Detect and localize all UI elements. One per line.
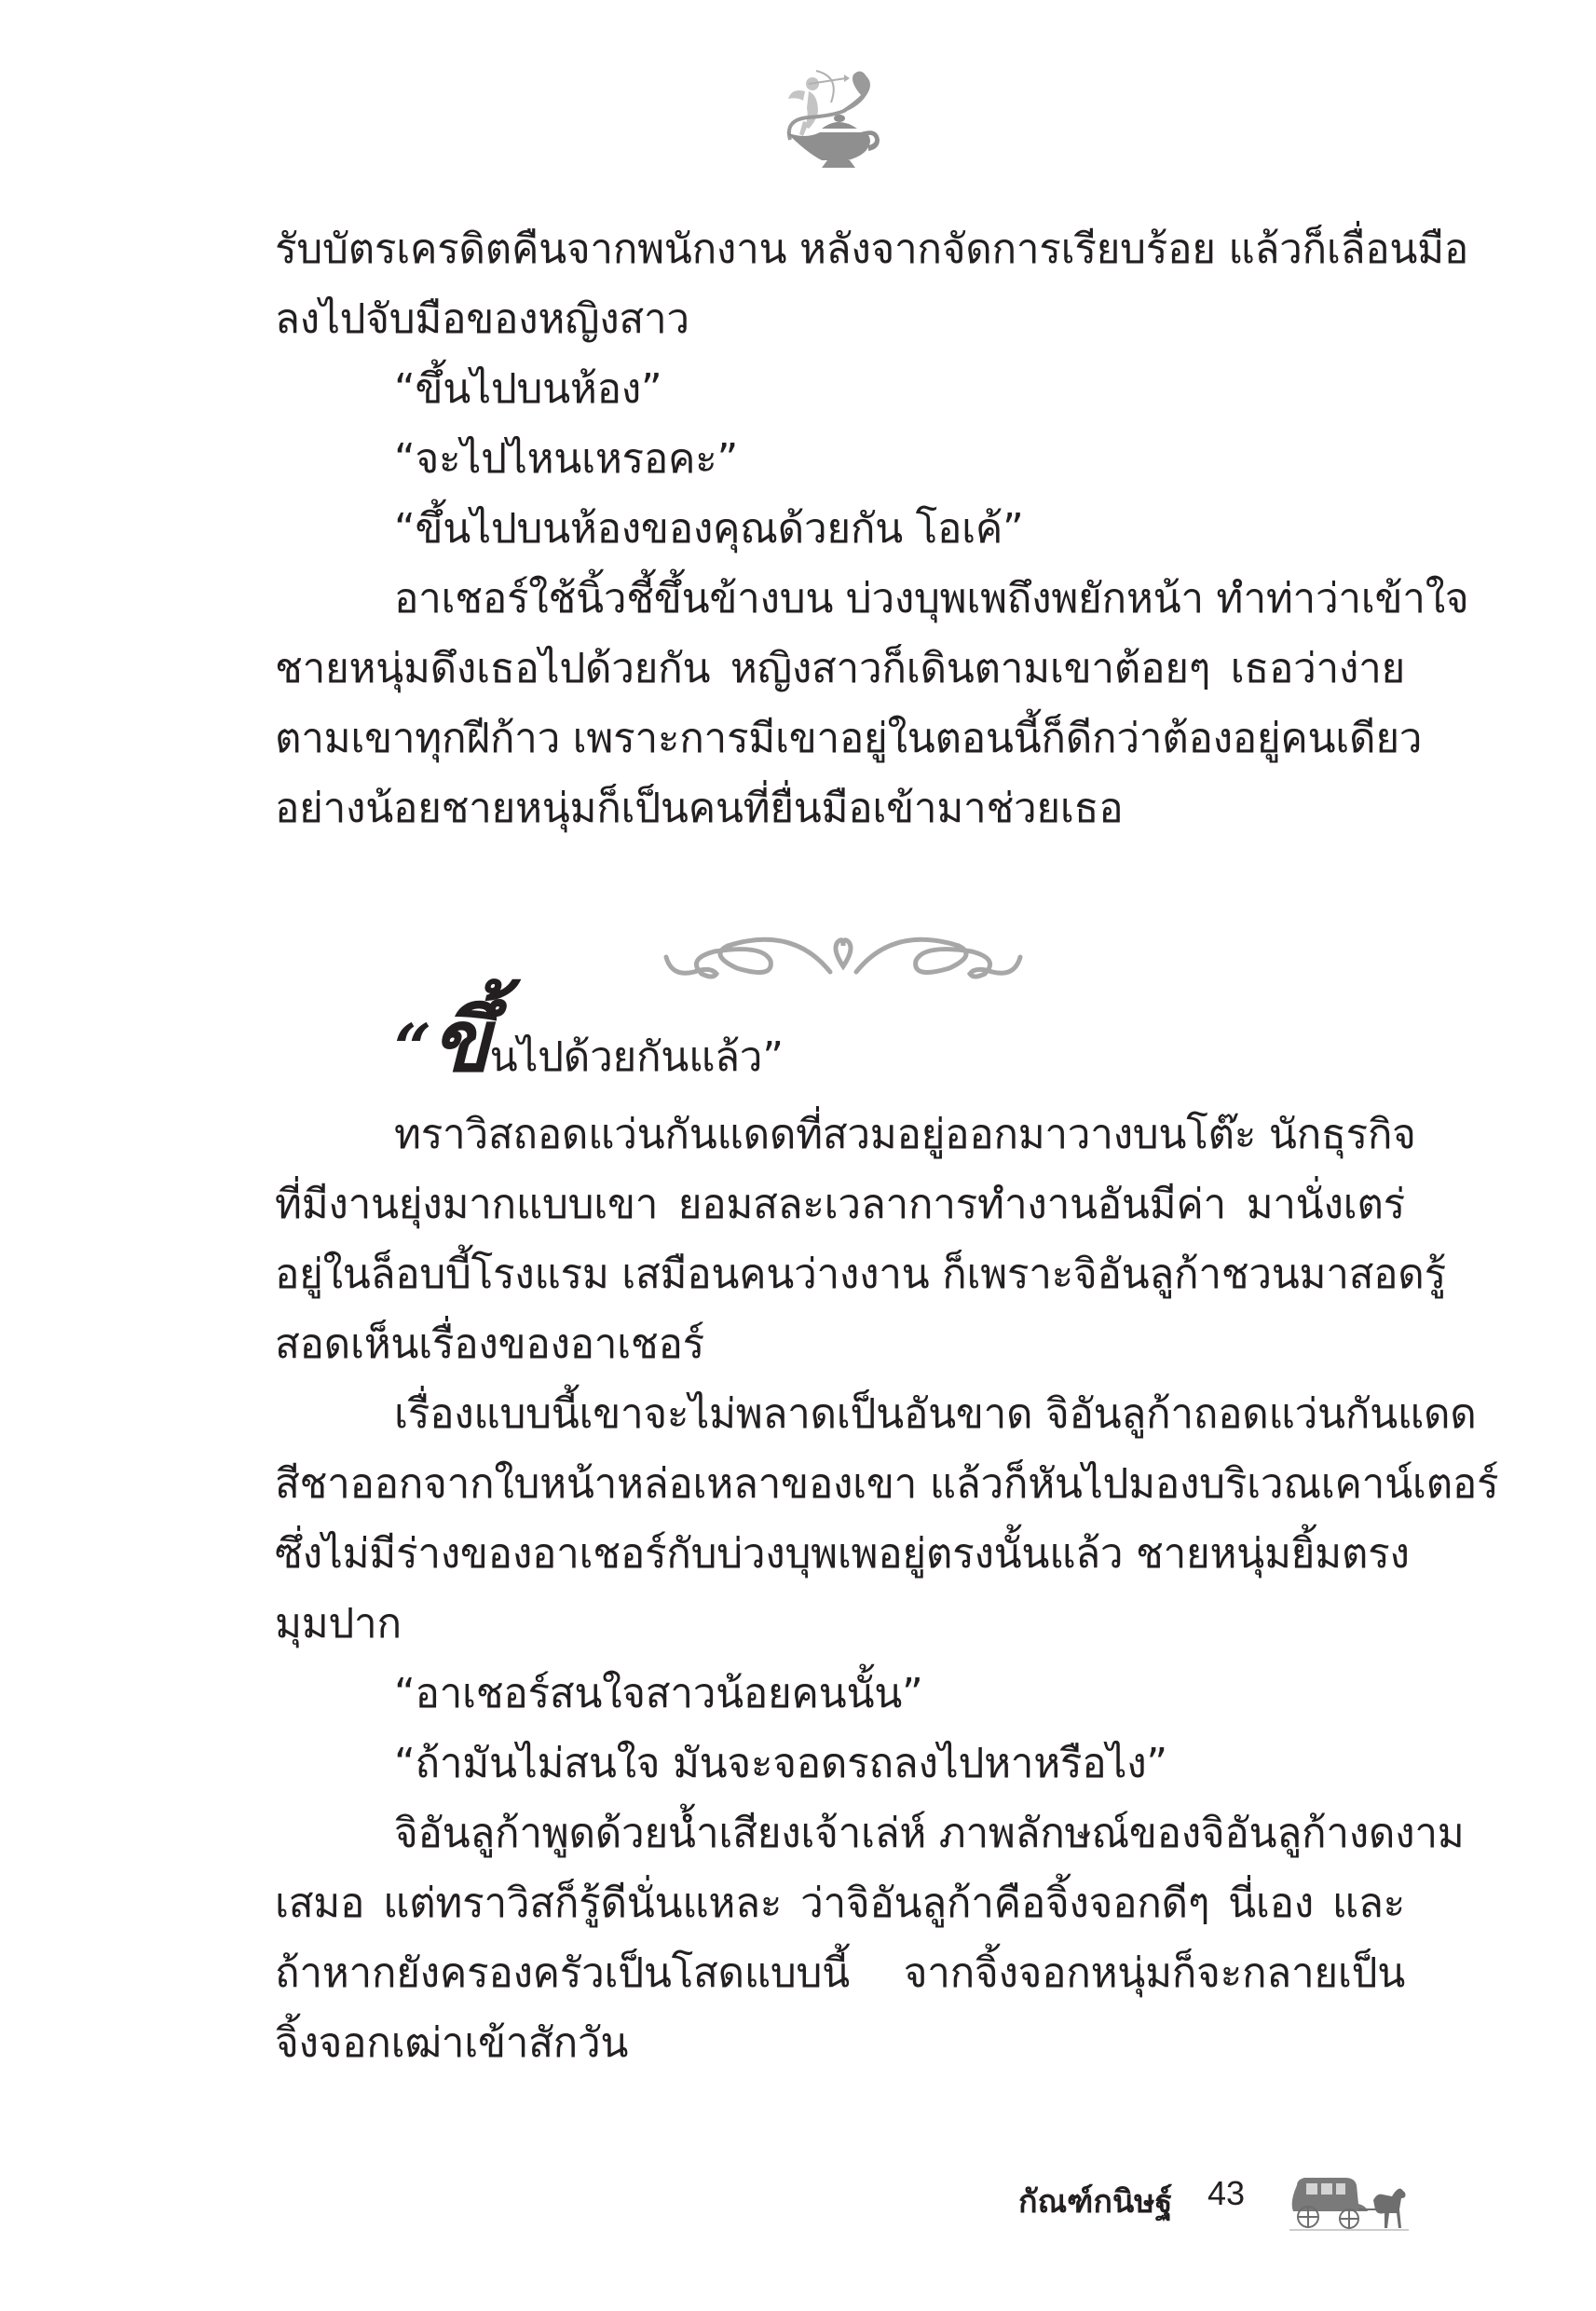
paragraph-line: ตามเขาทุกฝีก้าว เพราะการมีเขาอยู่ในตอนนี… — [275, 704, 1405, 773]
paragraph-line: สอดเห็นเรื่องของอาเชอร์ — [275, 1309, 1405, 1379]
paragraph-line: เรื่องแบบนี้เขาจะไม่พลาดเป็นอันขาด จิอัน… — [275, 1379, 1405, 1449]
paragraph-line: อาเชอร์ใช้นิ้วชี้ขึ้นข้างบน บ่วงบุพเพถึง… — [275, 564, 1405, 634]
heart-flourish-divider-icon — [657, 927, 1030, 983]
dialogue-line: “ขึ้นไปบนห้อง” — [275, 354, 1405, 424]
dropcap-line: “ขึ้นไปด้วยกันแล้ว” — [275, 997, 1405, 1086]
paragraph-line: เสมอ แต่ทราวิสก็รู้ดีนั่นแหละ ว่าจิอันลู… — [275, 1868, 1405, 1938]
paragraph-line: ชายหนุ่มดึงเธอไปด้วยกัน หญิงสาวก็เดินตาม… — [275, 634, 1405, 704]
paragraph-line: อย่างน้อยชายหนุ่มก็เป็นคนที่ยื่นมือเข้าม… — [275, 773, 1405, 843]
paragraph-line: อยู่ในล็อบบี้โรงแรม เสมือนคนว่างงาน ก็เพ… — [275, 1239, 1405, 1309]
dialogue-line: “ถ้ามันไม่สนใจ มันจะจอดรถลงไปหาหรือไง” — [275, 1729, 1405, 1798]
paragraph-line: สีชาออกจากใบหน้าหล่อเหลาของเขา แล้วก็หัน… — [275, 1449, 1405, 1519]
paragraph-line: ซึ่งไม่มีร่างของอาเชอร์กับบ่วงบุพเพอยู่ต… — [275, 1519, 1405, 1589]
dropcap-letter: ขึ้ — [431, 991, 490, 1091]
paragraph-line: ถ้าหากยังครองครัวเป็นโสดแบบนี้ จากจิ้งจอ… — [275, 1938, 1405, 2008]
paragraph-line: ที่มีงานยุ่งมากแบบเขา ยอมสละเวลาการทำงาน… — [275, 1169, 1405, 1239]
paragraph-line: ทราวิสถอดแว่นกันแดดที่สวมอยู่ออกมาวางบนโ… — [275, 1100, 1405, 1169]
paragraph-line: รับบัตรเครดิตคืนจากพนักงาน หลังจากจัดการ… — [275, 214, 1405, 284]
dropcap-rest: นไปด้วยกันแล้ว” — [490, 1033, 784, 1081]
dialogue-line: “ขึ้นไปบนห้องของคุณด้วยกัน โอเค้” — [275, 494, 1405, 564]
dropcap-quote: “ — [394, 1009, 431, 1087]
running-footer-title: กัณฑ์กนิษฐ์ — [1018, 2176, 1172, 2226]
genie-lamp-cupid-icon — [781, 56, 897, 170]
dialogue-line: “จะไปไหนเหรอคะ” — [275, 424, 1405, 494]
paragraph-line: จิอันลูก้าพูดด้วยน้ำเสียงเจ้าเล่ห์ ภาพลั… — [275, 1798, 1405, 1868]
paragraph-line: มุมปาก — [275, 1589, 1405, 1659]
page-number: 43 — [1207, 2174, 1245, 2213]
paragraph-line: จิ้งจอกเฒ่าเข้าสักวัน — [275, 2008, 1405, 2078]
dialogue-line: “อาเชอร์สนใจสาวน้อยคนนั้น” — [275, 1659, 1405, 1729]
paragraph-line: ลงไปจับมือของหญิงสาว — [275, 284, 1405, 354]
horse-carriage-icon — [1288, 2176, 1411, 2234]
